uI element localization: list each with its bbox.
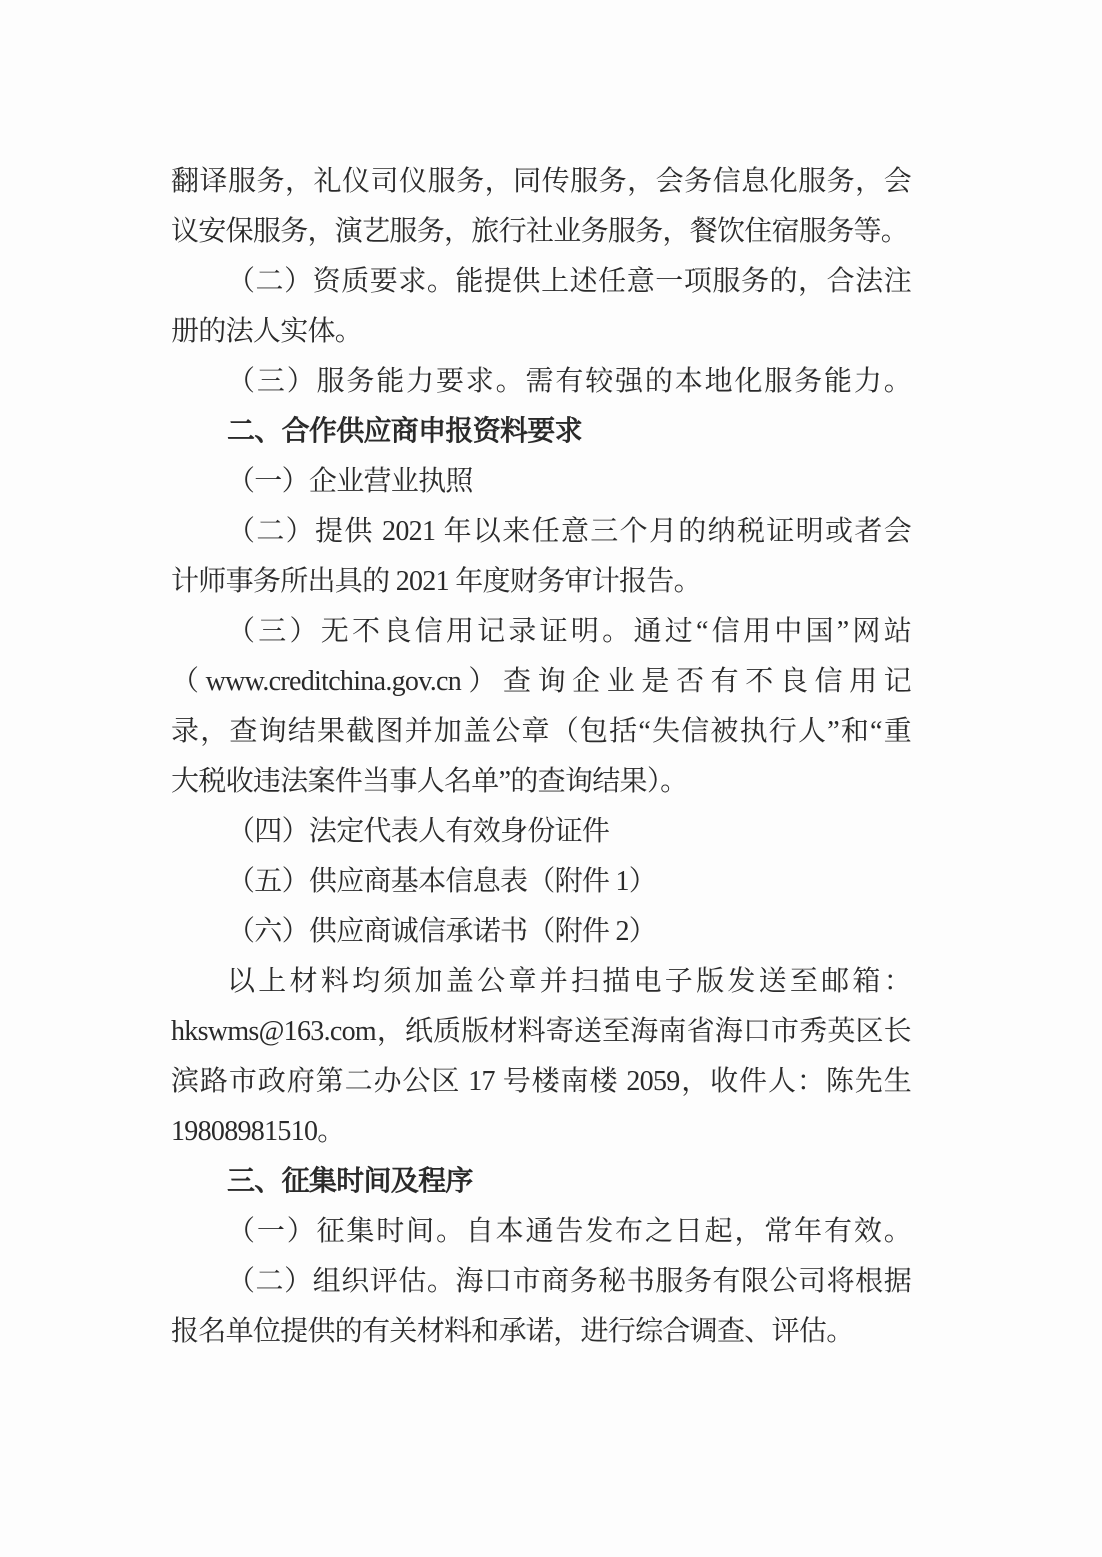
text-line: hkswms@163.com，纸质版材料寄送至海南省海口市秀英区长 bbox=[171, 1007, 911, 1057]
text-line: 录，查询结果截图并加盖公章（包括“失信被执行人”和“重 bbox=[171, 707, 911, 757]
text-line: （三）服务能力要求。需有较强的本地化服务能力。 bbox=[171, 357, 911, 407]
text-line: 大税收违法案件当事人名单”的查询结果）。 bbox=[171, 757, 911, 807]
section-heading-line: 二、合作供应商申报资料要求 bbox=[171, 407, 911, 457]
text-line: （二）资质要求。能提供上述任意一项服务的，合法注 bbox=[171, 257, 911, 307]
text-line: （一）企业营业执照 bbox=[171, 457, 911, 507]
section-heading-line: 三、征集时间及程序 bbox=[171, 1157, 911, 1207]
text-line: （二）提供 2021 年以来任意三个月的纳税证明或者会 bbox=[171, 507, 911, 557]
text-line: （四）法定代表人有效身份证件 bbox=[171, 807, 911, 857]
text-line: （五）供应商基本信息表（附件 1） bbox=[171, 857, 911, 907]
text-line: （二）组织评估。海口市商务秘书服务有限公司将根据 bbox=[171, 1257, 911, 1307]
text-line: 翻译服务，礼仪司仪服务，同传服务，会务信息化服务，会 bbox=[171, 157, 911, 207]
document-page: 翻译服务，礼仪司仪服务，同传服务，会务信息化服务，会议安保服务，演艺服务，旅行社… bbox=[0, 0, 1102, 1557]
text-line: （www.creditchina.gov.cn）查询企业是否有不良信用记 bbox=[171, 657, 911, 707]
text-line: 册的法人实体。 bbox=[171, 307, 911, 357]
text-line: 19808981510。 bbox=[171, 1107, 911, 1157]
text-line: （六）供应商诚信承诺书（附件 2） bbox=[171, 907, 911, 957]
text-line: 滨路市政府第二办公区 17 号楼南楼 2059，收件人：陈先生 bbox=[171, 1057, 911, 1107]
text-line: （三）无不良信用记录证明。通过“信用中国”网站 bbox=[171, 607, 911, 657]
text-line: 以上材料均须加盖公章并扫描电子版发送至邮箱： bbox=[171, 957, 911, 1007]
document-text-block: 翻译服务，礼仪司仪服务，同传服务，会务信息化服务，会议安保服务，演艺服务，旅行社… bbox=[171, 157, 911, 1357]
text-line: 计师事务所出具的 2021 年度财务审计报告。 bbox=[171, 557, 911, 607]
text-line: 报名单位提供的有关材料和承诺，进行综合调查、评估。 bbox=[171, 1307, 911, 1357]
text-line: （一）征集时间。自本通告发布之日起，常年有效。 bbox=[171, 1207, 911, 1257]
text-line: 议安保服务，演艺服务，旅行社业务服务，餐饮住宿服务等。 bbox=[171, 207, 911, 257]
